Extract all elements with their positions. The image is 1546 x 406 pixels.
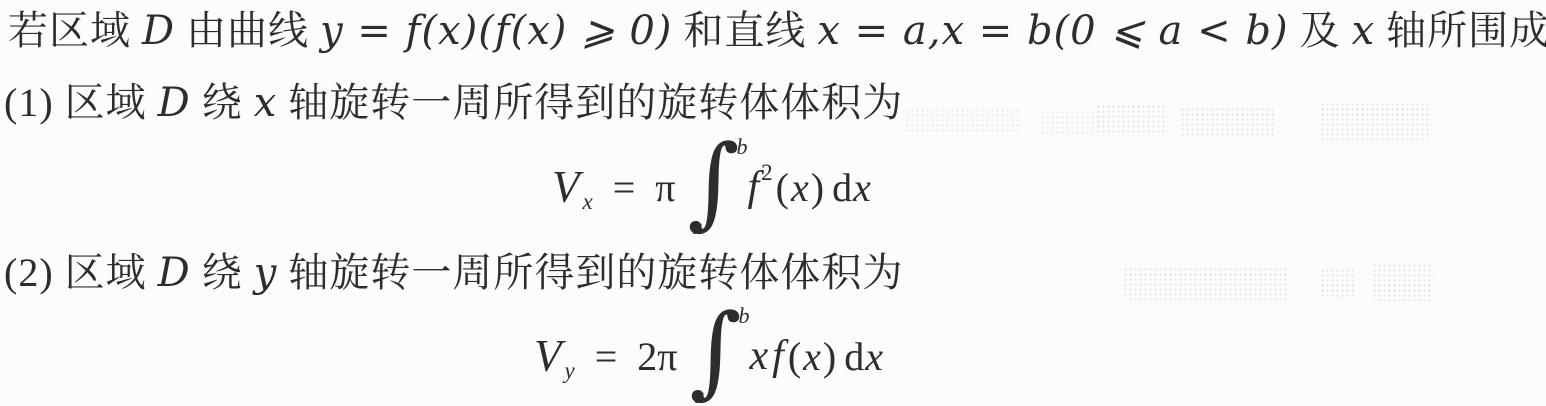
item2-var-D: D (158, 250, 191, 296)
vx-arg-x: x (791, 164, 809, 211)
item2-text-3: 轴旋转一周所得到的旋转体体积为 (277, 250, 903, 295)
vx-open-paren: ( (776, 164, 789, 211)
item1-line: (1) 区域 D 绕 x 轴旋转一周所得到的旋转体体积为 (4, 76, 903, 130)
formula-vx: V x = π ∫ b a f 2 ( x ) d x (552, 138, 871, 236)
bleedthrough-ghost (1040, 110, 1098, 134)
scanned-document-page: 若区域 D 由曲线 y = f(x)(f(x) ⩾ 0) 和直线 x = a,x… (0, 0, 1546, 406)
integral-lower-limit: a (691, 214, 702, 240)
intro-text-1: 若区域 (8, 8, 142, 53)
vx-integrand-f: f (747, 163, 759, 211)
item1-text-1: (1) 区域 (4, 80, 158, 125)
vy-coefficient: 2π (637, 333, 677, 380)
intro-text-5: 轴所围成,则 (1375, 8, 1546, 53)
vx-subscript: x (583, 189, 593, 215)
intro-text-4: 及 (1289, 8, 1352, 53)
vy-subscript: y (565, 358, 575, 384)
vx-integral: ∫ b a (687, 138, 735, 236)
bleedthrough-ghost (1372, 263, 1434, 301)
formula-vy: V y = 2π ∫ b a x f ( x ) d x (534, 306, 883, 406)
vx-lhs: V (552, 161, 580, 213)
vx-close-paren: ) (811, 164, 824, 211)
bleedthrough-ghost (1096, 104, 1168, 136)
item2-var-y: y (254, 250, 278, 296)
bleedthrough-ghost (1123, 267, 1289, 300)
bleedthrough-ghost (1320, 102, 1432, 140)
vy-close-paren: ) (823, 333, 836, 380)
vy-equals: = (595, 333, 618, 380)
vy-pre-var-x: x (749, 332, 768, 380)
item2-text-2: 绕 (191, 250, 254, 295)
bleedthrough-ghost (1180, 107, 1276, 139)
vx-exponent: 2 (761, 160, 773, 186)
vy-open-paren: ( (788, 333, 801, 380)
item1-var-D: D (158, 80, 191, 126)
bleedthrough-ghost (1320, 268, 1356, 300)
vx-coefficient: π (655, 164, 675, 211)
vy-integral: ∫ b a (689, 307, 737, 405)
vx-differential: d (832, 164, 852, 211)
integral-upper-limit: b (738, 303, 749, 329)
math-expr-curve: y = f(x)(f(x) ⩾ 0) (320, 8, 672, 54)
vx-equals: = (613, 164, 636, 211)
vy-integrand-f: f (772, 332, 784, 380)
bleedthrough-ghost (905, 108, 1020, 134)
item2-line: (2) 区域 D 绕 y 轴旋转一周所得到的旋转体体积为 (4, 246, 903, 300)
vy-arg-x: x (803, 333, 821, 380)
intro-text-3: 和直线 (672, 8, 817, 53)
integral-lower-limit: a (693, 383, 704, 406)
item2-text-1: (2) 区域 (4, 250, 158, 295)
item1-var-x: x (254, 80, 278, 126)
vy-differential: d (844, 333, 864, 380)
intro-line: 若区域 D 由曲线 y = f(x)(f(x) ⩾ 0) 和直线 x = a,x… (8, 4, 1546, 58)
math-var-D: D (142, 8, 175, 54)
intro-text-2: 由曲线 (175, 8, 320, 53)
item1-text-3: 轴旋转一周所得到的旋转体体积为 (277, 80, 903, 125)
vy-diff-var: x (865, 333, 883, 380)
item1-text-2: 绕 (191, 80, 254, 125)
integral-upper-limit: b (736, 134, 747, 160)
vx-diff-var: x (853, 164, 871, 211)
vy-lhs: V (534, 330, 562, 382)
math-expr-lines: x = a,x = b(0 ⩽ a < b) (817, 8, 1288, 54)
math-var-x-axis: x (1352, 8, 1376, 54)
